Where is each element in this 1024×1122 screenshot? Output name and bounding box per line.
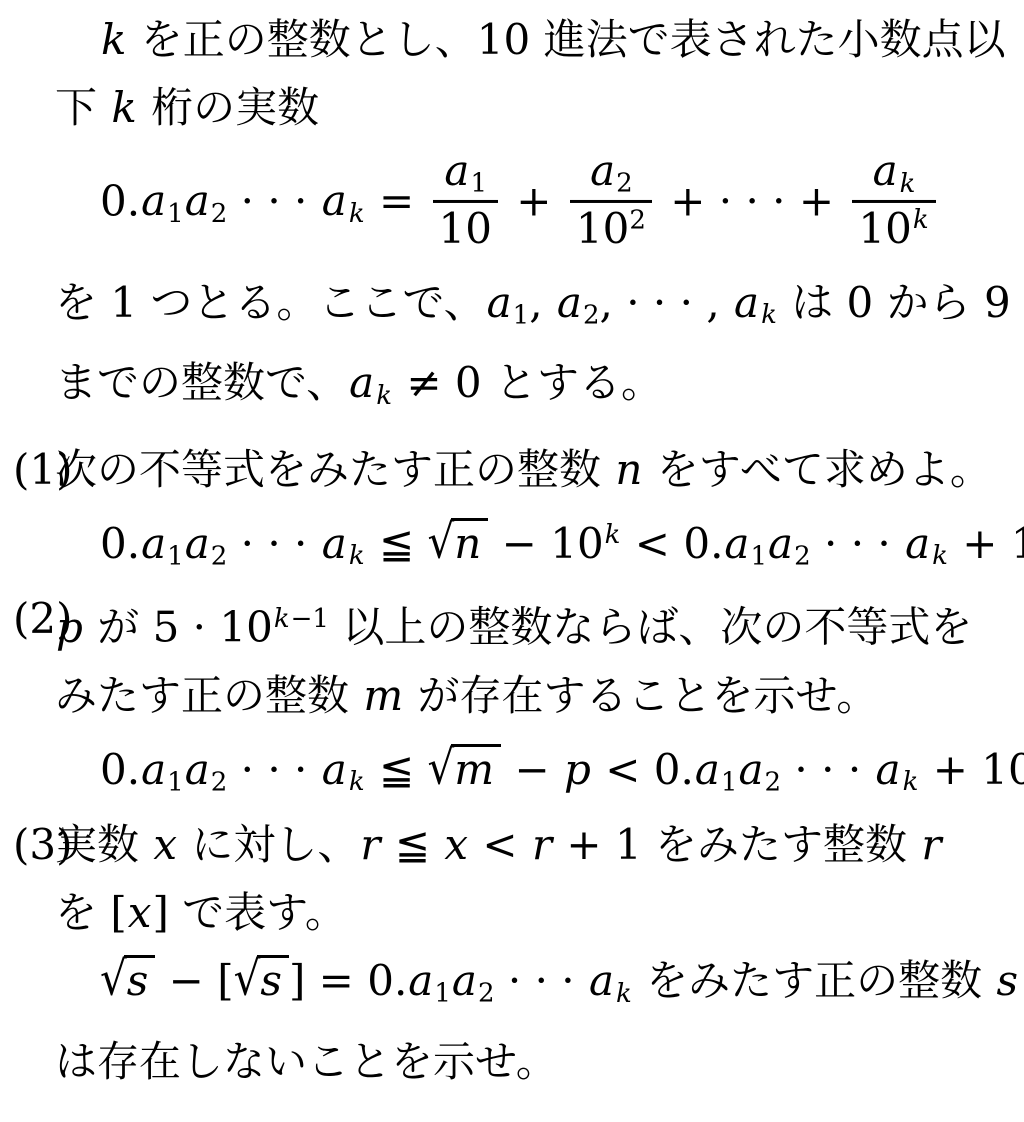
intro-line-3: を 1 つとる。ここで、a1, a2, · · · , ak は 0 から 9 xyxy=(0,269,1024,350)
math-text: 1 xyxy=(513,300,530,330)
math-text: 下 xyxy=(55,83,110,132)
subscript: 2 xyxy=(794,541,811,571)
math-text: 以上の整数ならば、次の不等式を xyxy=(329,603,972,652)
math-variable: k xyxy=(273,604,291,634)
math-variable: k xyxy=(375,381,393,411)
math-text: + · · · + xyxy=(657,176,848,225)
formula-inequality-m: 0.a1a2 · · · ak ≦ √m − p < 0.a1a2 · · · … xyxy=(0,744,1024,798)
subscript: 1 xyxy=(513,300,530,330)
item-2: (2) p が 5 · 10k−1 以上の整数ならば、次の不等式を xyxy=(0,585,1024,661)
math-variable: s xyxy=(126,956,150,1005)
math-variable: x xyxy=(127,888,153,937)
math-variable: k xyxy=(899,168,917,198)
math-text: < 0. xyxy=(592,745,694,794)
math-text: 2 xyxy=(211,541,228,571)
radicand: s xyxy=(124,955,156,1003)
math-text: < 0. xyxy=(621,519,723,568)
subscript: 1 xyxy=(470,168,487,198)
math-text: + xyxy=(503,176,565,225)
math-variable: k xyxy=(931,541,949,571)
math-text: · · · xyxy=(227,745,320,794)
math-text: 1 xyxy=(721,767,738,797)
subscript: k xyxy=(760,300,778,330)
subscript: 2 xyxy=(616,168,633,198)
math-variable: a xyxy=(737,745,764,794)
math-text: は存在しないことを示せ。 xyxy=(55,1037,558,1086)
math-variable: a xyxy=(321,519,348,568)
math-text: 1 xyxy=(167,541,184,571)
math-text: を正の整数とし、10 進法で表された小数点以 xyxy=(127,15,1005,64)
math-variable: r xyxy=(359,820,381,869)
item-1-line-1: 次の不等式をみたす正の整数 n をすべて求めよ。 xyxy=(0,436,1024,504)
math-text: 次の不等式をみたす正の整数 xyxy=(55,445,614,494)
intro-line-1: k を正の整数とし、10 進法で表された小数点以 xyxy=(0,6,1024,74)
item-3-number: (3) xyxy=(13,811,73,879)
math-text: 2 xyxy=(794,541,811,571)
math-text: ] = 0. xyxy=(289,956,407,1005)
math-variable: k xyxy=(348,541,366,571)
math-problem-page: k を正の整数とし、10 進法で表された小数点以 下 k 桁の実数 0.a1a2… xyxy=(0,0,1024,1122)
radicand: n xyxy=(451,518,488,566)
item-3-line-2: を [x] で表す。 xyxy=(0,879,1024,947)
subscript: 2 xyxy=(478,979,495,1009)
math-text: , xyxy=(529,278,556,327)
math-text: 0. xyxy=(100,176,140,225)
math-variable: k xyxy=(760,300,778,330)
math-text: + 10 xyxy=(949,519,1024,568)
subscript: 2 xyxy=(583,300,600,330)
math-variable: m xyxy=(362,671,404,720)
subscript: k xyxy=(348,199,366,229)
math-variable: k xyxy=(912,205,930,235)
superscript: k−1 xyxy=(273,604,329,634)
math-variable: p xyxy=(563,745,592,794)
subscript: 2 xyxy=(211,199,228,229)
math-text: をみたす正の整数 xyxy=(633,956,996,1005)
math-text: · · · xyxy=(811,519,904,568)
item-3-line-3: √s − [√s] = 0.a1a2 · · · ak をみたす正の整数 s xyxy=(0,947,1024,1028)
math-variable: k xyxy=(615,979,633,1009)
intro-line-4: までの整数で、ak ≠ 0 とする。 xyxy=(0,349,1024,430)
item-2-line-1: p が 5 · 10k−1 以上の整数ならば、次の不等式を xyxy=(0,585,1024,661)
math-variable: a xyxy=(872,146,899,195)
subscript: k xyxy=(348,767,366,797)
subscript: 1 xyxy=(721,767,738,797)
math-text: を 1 つとる。ここで、 xyxy=(55,278,486,327)
math-text: = xyxy=(366,176,428,225)
math-variable: a xyxy=(321,745,348,794)
square-root: √s xyxy=(100,956,155,1005)
math-variable: a xyxy=(348,358,375,407)
math-text: に対し、 xyxy=(178,820,359,869)
math-text: 2 xyxy=(616,168,633,198)
math-text: 0. xyxy=(100,519,140,568)
item-3: (3) 実数 x に対し、r ≦ x < r + 1 をみたす整数 r xyxy=(0,811,1024,879)
fraction: ak10k xyxy=(852,147,935,252)
math-text: − [ xyxy=(155,956,233,1005)
math-text: − 10 xyxy=(488,519,603,568)
math-variable: k xyxy=(348,767,366,797)
math-text: ≦ xyxy=(381,820,443,869)
subscript: 2 xyxy=(765,767,782,797)
math-variable: k xyxy=(100,15,127,64)
math-variable: a xyxy=(184,176,211,225)
math-variable: s xyxy=(996,956,1020,1005)
math-text: ≦ xyxy=(366,745,428,794)
radicand: s xyxy=(257,955,289,1003)
formula-inequality-n: 0.a1a2 · · · ak ≦ √n − 10k < 0.a1a2 · · … xyxy=(0,518,1024,572)
subscript: 1 xyxy=(167,541,184,571)
radical-sign-icon: √ xyxy=(428,739,455,794)
math-variable: a xyxy=(723,519,750,568)
subscript: k xyxy=(375,381,393,411)
math-text: までの整数で、 xyxy=(55,358,348,407)
math-variable: k xyxy=(902,767,920,797)
radicand: m xyxy=(451,744,501,792)
math-text: · · · xyxy=(781,745,874,794)
item-2-number: (2) xyxy=(13,585,73,653)
square-root: √s xyxy=(234,956,289,1005)
math-variable: a xyxy=(875,745,902,794)
math-variable: a xyxy=(184,745,211,794)
math-variable: a xyxy=(140,519,167,568)
math-text: ≠ 0 とする。 xyxy=(393,358,663,407)
math-variable: a xyxy=(589,146,616,195)
subscript: 1 xyxy=(167,767,184,797)
math-text: · · · xyxy=(495,956,588,1005)
math-text: 10 xyxy=(858,204,911,253)
math-text: をすべて求めよ。 xyxy=(643,445,992,494)
math-variable: a xyxy=(733,278,760,327)
math-text: は 0 から 9 xyxy=(778,278,1011,327)
math-text: 2 xyxy=(211,767,228,797)
math-variable: a xyxy=(140,745,167,794)
subscript: k xyxy=(899,168,917,198)
math-variable: a xyxy=(556,278,583,327)
formula-decimal-expansion: 0.a1a2 · · · ak = a110 + a2102 + · · · +… xyxy=(0,152,1024,257)
item-1: (1) 次の不等式をみたす正の整数 n をすべて求めよ。 xyxy=(0,436,1024,504)
math-text: + 10 xyxy=(919,745,1024,794)
math-text: が 5 · 10 xyxy=(84,603,273,652)
math-text: − xyxy=(501,745,563,794)
math-text: 10 xyxy=(576,204,629,253)
subscript: k xyxy=(348,541,366,571)
item-3-line-4: は存在しないことを示せ。 xyxy=(0,1028,1024,1096)
math-variable: a xyxy=(904,519,931,568)
math-variable: a xyxy=(767,519,794,568)
math-text: 1 xyxy=(167,199,184,229)
math-text: ] で表す。 xyxy=(152,888,346,937)
denominator: 10 xyxy=(433,200,498,252)
intro-line-2: 下 k 桁の実数 xyxy=(0,74,1024,142)
math-variable: a xyxy=(588,956,615,1005)
math-text: 2 xyxy=(765,767,782,797)
math-variable: n xyxy=(614,445,643,494)
radical-sign-icon: √ xyxy=(428,514,455,569)
math-text: · · · xyxy=(227,519,320,568)
math-variable: r xyxy=(531,820,553,869)
math-text: 1 xyxy=(750,541,767,571)
math-text: 2 xyxy=(583,300,600,330)
radical-sign-icon: √ xyxy=(234,941,261,1017)
math-text: , · · · , xyxy=(600,278,734,327)
superscript: k xyxy=(912,205,930,235)
math-variable: m xyxy=(453,745,495,794)
numerator: a2 xyxy=(570,147,652,200)
subscript: 2 xyxy=(211,767,228,797)
math-variable: k xyxy=(110,83,137,132)
math-variable: s xyxy=(259,956,283,1005)
math-text: 1 xyxy=(167,767,184,797)
math-text: 2 xyxy=(629,205,646,235)
math-variable: a xyxy=(486,278,513,327)
item-3-line-1: 実数 x に対し、r ≦ x < r + 1 をみたす整数 r xyxy=(0,811,1024,879)
math-text: < xyxy=(469,820,531,869)
math-variable: n xyxy=(453,519,482,568)
numerator: a1 xyxy=(433,147,498,200)
math-variable: r xyxy=(920,820,942,869)
superscript: 2 xyxy=(629,205,646,235)
fraction: a2102 xyxy=(570,147,652,252)
math-variable: x xyxy=(152,820,178,869)
math-text: −1 xyxy=(291,604,329,634)
math-text: · · · xyxy=(227,176,320,225)
subscript: 1 xyxy=(434,979,451,1009)
math-text: 0. xyxy=(100,745,140,794)
math-variable: k xyxy=(604,520,622,550)
subscript: 1 xyxy=(750,541,767,571)
math-variable: a xyxy=(140,176,167,225)
subscript: k xyxy=(615,979,633,1009)
math-text: + 1 をみたす整数 xyxy=(553,820,920,869)
math-variable: a xyxy=(321,176,348,225)
math-text: 2 xyxy=(478,979,495,1009)
subscript: k xyxy=(931,541,949,571)
square-root: √n xyxy=(428,519,489,568)
math-variable: a xyxy=(694,745,721,794)
math-text: 桁の実数 xyxy=(138,83,319,132)
item-2-line-2: みたす正の整数 m が存在することを示せ。 xyxy=(0,662,1024,730)
math-text: 1 xyxy=(434,979,451,1009)
math-text: 2 xyxy=(211,199,228,229)
subscript: 1 xyxy=(167,199,184,229)
item-1-number: (1) xyxy=(13,436,73,504)
math-variable: a xyxy=(451,956,478,1005)
math-text: 10 xyxy=(439,204,492,253)
radical-sign-icon: √ xyxy=(100,941,127,1017)
superscript: k xyxy=(604,520,622,550)
math-text: が存在することを示せ。 xyxy=(404,671,878,720)
math-text: 1 xyxy=(470,168,487,198)
math-variable: a xyxy=(184,519,211,568)
math-text: を [ xyxy=(55,888,127,937)
math-text: みたす正の整数 xyxy=(55,671,362,720)
numerator: ak xyxy=(852,147,935,200)
subscript: 2 xyxy=(211,541,228,571)
math-variable: k xyxy=(348,199,366,229)
fraction: a110 xyxy=(433,147,498,252)
math-variable: a xyxy=(443,146,470,195)
square-root: √m xyxy=(428,745,502,794)
denominator: 102 xyxy=(570,200,652,252)
math-variable: x xyxy=(443,820,469,869)
subscript: k xyxy=(902,767,920,797)
math-variable: a xyxy=(407,956,434,1005)
math-text: ≦ xyxy=(366,519,428,568)
denominator: 10k xyxy=(852,200,935,252)
